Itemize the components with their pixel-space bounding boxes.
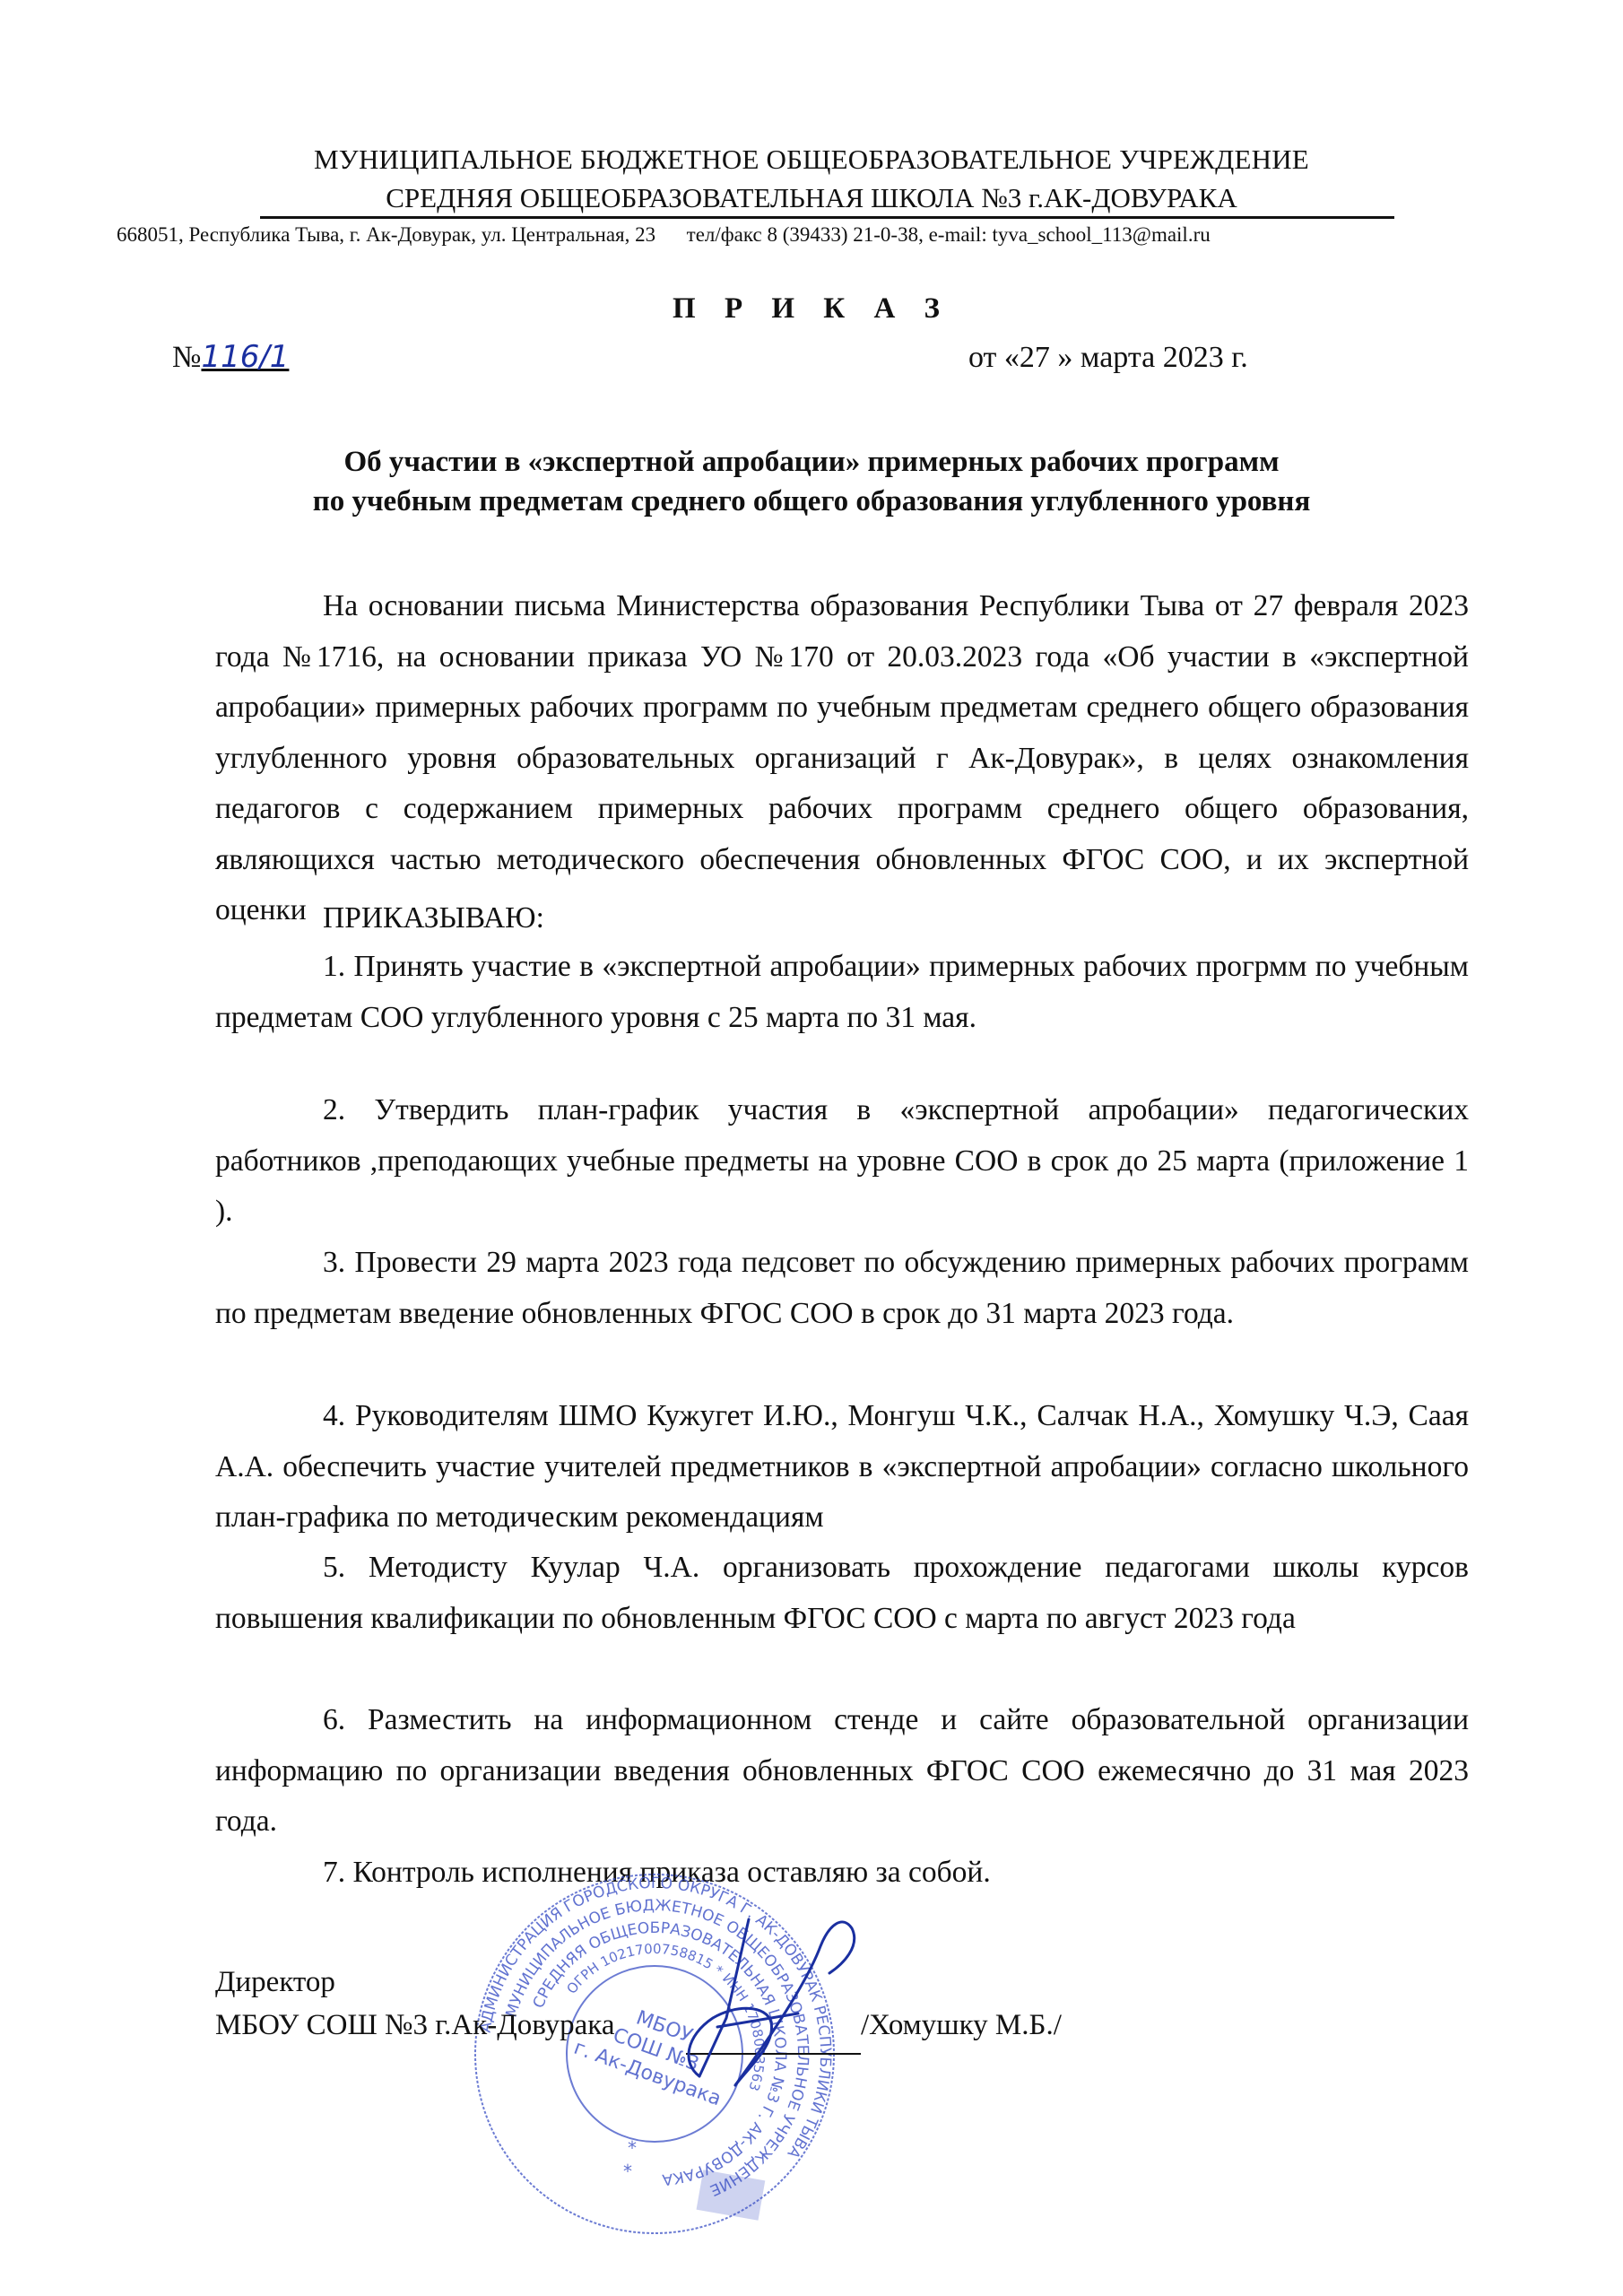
stamp-star-icon: *	[623, 2161, 632, 2182]
order-item-number: 3.	[323, 1246, 345, 1279]
document-title-line2: по учебным предметам среднего общего обр…	[0, 482, 1623, 521]
letterhead-contacts: 668051, Республика Тыва, г. Ак-Довурак, …	[117, 223, 1211, 247]
order-item-number: 4.	[323, 1399, 345, 1432]
institution-address: 668051, Республика Тыва, г. Ак-Довурак, …	[117, 223, 655, 246]
order-item-number: 1.	[323, 950, 345, 983]
order-word: ПРИКАЗЫВАЮ:	[323, 901, 544, 935]
order-item-number: 2.	[323, 1093, 345, 1126]
order-item-text: Принять участие в «экспертной апробации»…	[215, 950, 1469, 1034]
signature-position: Директор	[215, 1966, 335, 1999]
order-item-number: 5.	[323, 1551, 345, 1584]
intro-paragraph-text: На основании письма Министерства образов…	[215, 581, 1469, 936]
order-item-6: 6. Разместить на информационном стенде и…	[215, 1695, 1469, 1848]
order-item-text: Утвердить план-график участия в «эксперт…	[215, 1093, 1469, 1228]
order-item-text: Руководителям ШМО Кужугет И.Ю., Монгуш Ч…	[215, 1399, 1469, 1534]
order-item-1: 1. Принять участие в «экспертной апробац…	[215, 942, 1469, 1043]
document-title-line1: Об участии в «экспертной апробации» прим…	[0, 442, 1623, 482]
order-item-text: Методисту Куулар Ч.А. организовать прохо…	[215, 1551, 1469, 1635]
handwritten-signature-icon	[664, 1910, 897, 2099]
order-item-5: 5. Методисту Куулар Ч.А. организовать пр…	[215, 1543, 1469, 1644]
order-number-handwritten: 116/1	[201, 339, 289, 375]
order-number: №116/1	[172, 339, 289, 375]
order-item-text: Разместить на информационном стенде и са…	[215, 1703, 1469, 1838]
institution-name-line2: СРЕДНЯЯ ОБЩЕОБРАЗОВАТЕЛЬНАЯ ШКОЛА №3 г.А…	[0, 182, 1623, 214]
institution-name-line1: МУНИЦИПАЛЬНОЕ БЮДЖЕТНОЕ ОБЩЕОБРАЗОВАТЕЛЬ…	[0, 143, 1623, 176]
order-number-prefix: №	[172, 341, 201, 374]
intro-paragraph: На основании письма Министерства образов…	[215, 581, 1469, 936]
order-item-3: 3. Провести 29 марта 2023 года педсовет …	[215, 1238, 1469, 1339]
document-type: П Р И К А З	[0, 292, 1623, 326]
order-item-number: 7.	[323, 1856, 345, 1889]
order-item-text: Провести 29 марта 2023 года педсовет по …	[215, 1246, 1469, 1330]
order-date: от «27 » марта 2023 г.	[968, 341, 1248, 375]
signature-organization: МБОУ СОШ №3 г.Ак-Довурака	[215, 2009, 614, 2042]
letterhead-divider	[260, 216, 1394, 219]
order-item-number: 6.	[323, 1703, 345, 1736]
institution-contacts: тел/факс 8 (39433) 21-0-38, e-mail: tyva…	[687, 223, 1211, 246]
stamp-star-icon: *	[628, 2137, 637, 2159]
document-title: Об участии в «экспертной апробации» прим…	[0, 442, 1623, 521]
order-item-4: 4. Руководителям ШМО Кужугет И.Ю., Монгу…	[215, 1391, 1469, 1544]
order-item-2: 2. Утвердить план-график участия в «эксп…	[215, 1085, 1469, 1238]
